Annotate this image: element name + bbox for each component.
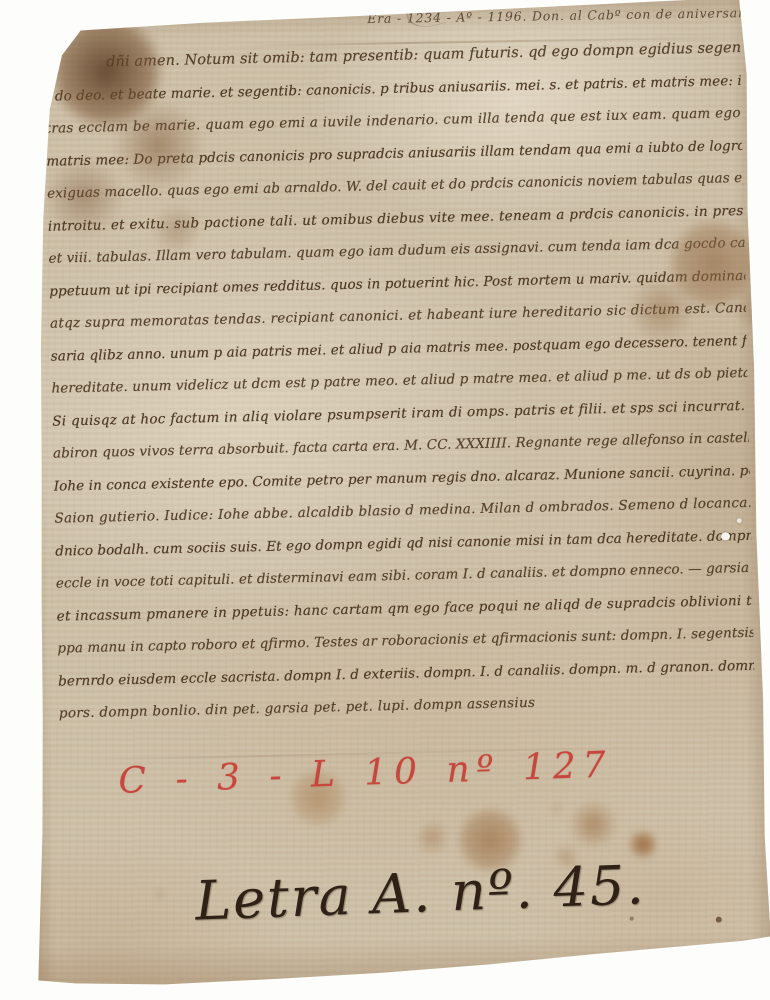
ink-dot-1 [630,917,634,921]
ink-dot-2 [716,917,722,923]
parchment-sheet: Era - 1234 - Aº - 1196. Don. al Cabº con… [9,0,770,990]
scan-background: Era - 1234 - Aº - 1196. Don. al Cabº con… [0,0,770,1000]
parchment-hole-2 [737,518,742,523]
